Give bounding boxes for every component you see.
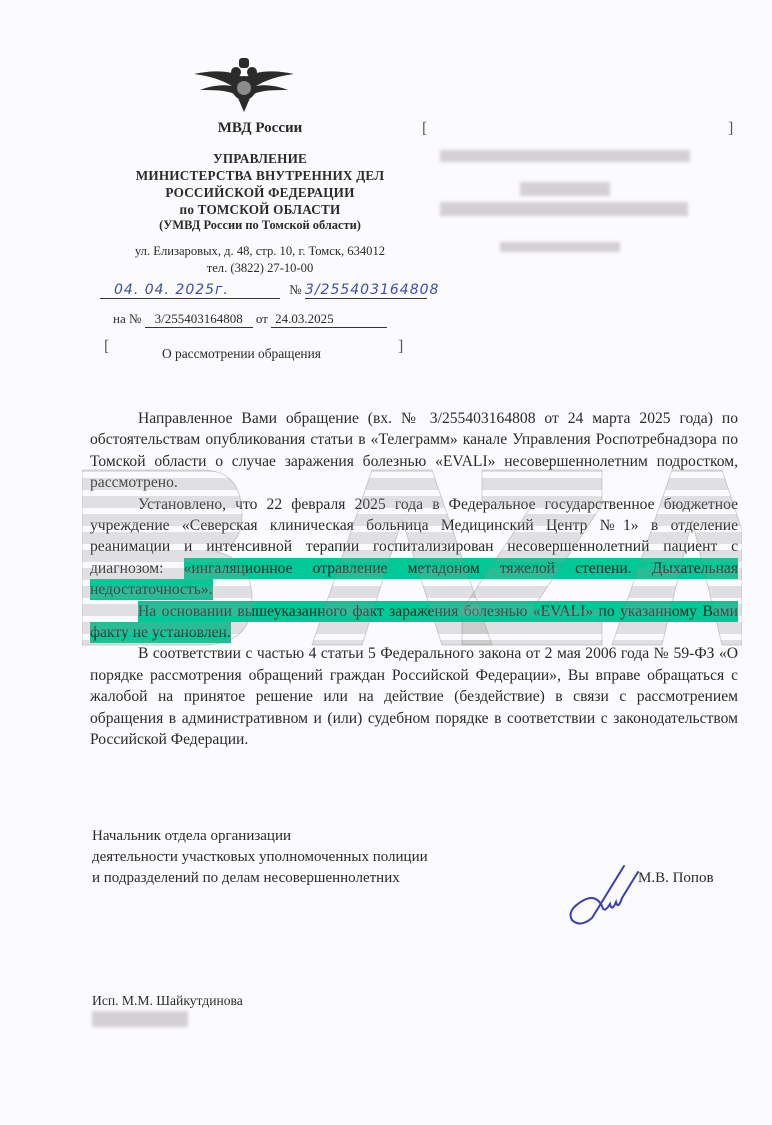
paragraph-request: Направленное Вами обращение (вх. № 3/255… [90,408,738,494]
address-line: ул. Елизаровых, д. 48, стр. 10, г. Томск… [110,243,410,260]
ministry-name: МВД России [110,120,410,137]
organization-address: ул. Елизаровых, д. 48, стр. 10, г. Томск… [110,243,410,277]
outgoing-number: 3/255403164808 [305,282,427,299]
executor-name: Исп. М.М. Шайкутдинова [92,993,243,1009]
org-line: по ТОМСКОЙ ОБЛАСТИ [110,201,410,218]
org-line: МИНИСТЕРСТВА ВНУТРЕННИХ ДЕЛ [110,167,410,184]
outgoing-date: 04. 04. 2025г. [100,282,280,299]
outgoing-registration: 04. 04. 2025г. № 3/255403164808 [100,282,427,299]
letter-body: Направленное Вами обращение (вх. № 3/255… [90,408,738,751]
organization-name: УПРАВЛЕНИЕ МИНИСТЕРСТВА ВНУТРЕННИХ ДЕЛ Р… [110,150,410,218]
handwritten-signature-icon [562,862,642,932]
addressee-bracket-left: [ [422,120,427,138]
title-line: деятельности участковых уполномоченных п… [92,847,428,868]
letter-subject: О рассмотрении обращения [162,346,321,362]
executor-phone-redacted [92,1011,188,1027]
org-line: УПРАВЛЕНИЕ [110,150,410,167]
mvd-emblem-icon [192,48,296,120]
highlighted-conclusion: На основании вышеуказанного факт заражен… [90,601,738,643]
signatory-title: Начальник отдела организации деятельност… [92,826,428,889]
paragraph-findings: Установлено, что 22 февраля 2025 года в … [90,494,738,601]
reference-registration: на № 3/255403164808 от 24.03.2025 [113,311,387,328]
reference-date: 24.03.2025 [271,311,387,328]
signatory-name: М.В. Попов [638,870,714,887]
title-line: и подразделений по делам несовершеннолет… [92,868,428,889]
subject-bracket-left: [ [104,338,109,356]
reference-label: на № [113,311,141,326]
title-line: Начальник отдела организации [92,826,428,847]
phone-line: тел. (3822) 27-10-00 [110,260,410,277]
addressee-redacted [440,150,690,250]
organization-short-name: (УМВД России по Томской области) [110,218,410,233]
addressee-bracket-right: ] [728,120,733,138]
paragraph-conclusion: На основании вышеуказанного факт заражен… [90,601,738,644]
highlighted-diagnosis: «ингаляционное отравление метадоном тяже… [90,558,738,600]
reference-number: 3/255403164808 [145,311,253,328]
reference-date-label: от [256,311,268,326]
subject-bracket-right: ] [398,338,403,356]
org-line: РОССИЙСКОЙ ФЕДЕРАЦИИ [110,184,410,201]
paragraph-appeal-rights: В соответствии с частью 4 статьи 5 Федер… [90,643,738,750]
number-label: № [289,282,301,297]
